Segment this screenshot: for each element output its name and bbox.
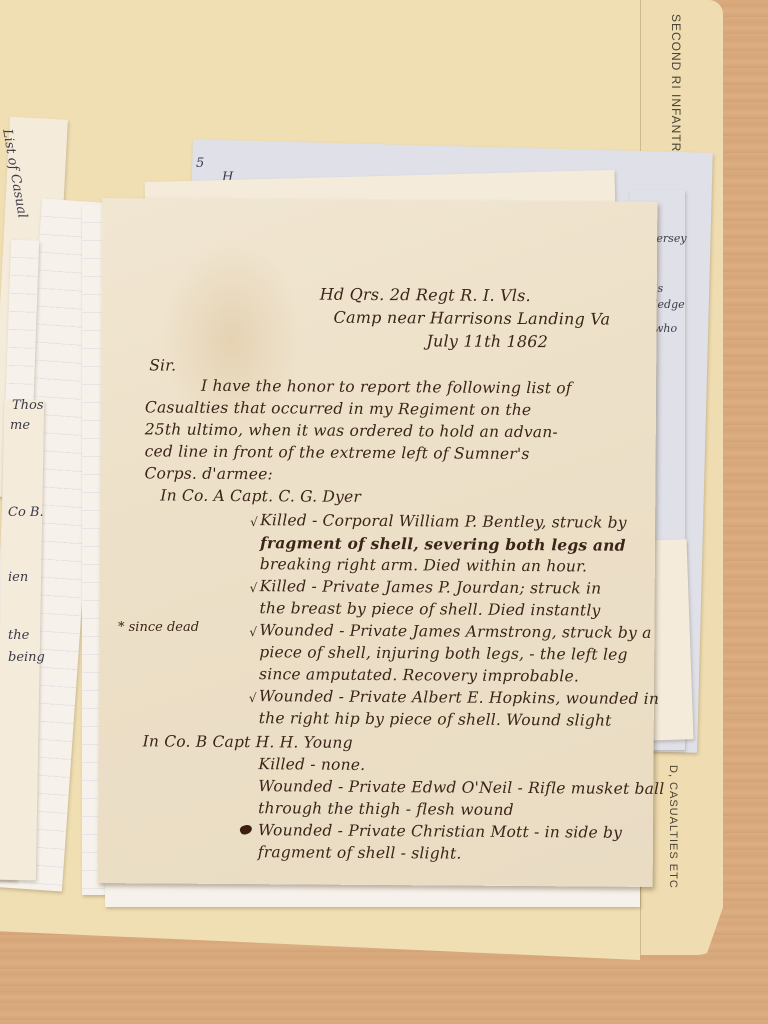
check-mark-icon: √ <box>250 581 258 595</box>
letter-heading-location: Camp near Harrisons Landing Va <box>334 308 611 329</box>
casualty-entry-line: since amputated. Recovery improbable. <box>259 665 579 685</box>
casualty-entry-line: Killed - Corporal William P. Bentley, st… <box>260 511 627 532</box>
check-mark-icon: √ <box>250 515 258 529</box>
casualty-entry-line: the right hip by piece of shell. Wound s… <box>259 709 612 729</box>
left-sheet-text: Thos <box>12 398 44 413</box>
blue-sheet-text: who <box>654 322 677 335</box>
blue-sheet-text: 5 <box>196 156 204 171</box>
letter-heading-date: July 11th 1862 <box>426 331 548 351</box>
letter-body-line: Casualties that occurred in my Regiment … <box>145 398 532 419</box>
casualty-entry-line: Wounded - Private Christian Mott - in si… <box>258 821 622 842</box>
blue-sheet-text: ledge <box>654 298 685 311</box>
casualty-entry-line: Killed - none. <box>258 755 365 774</box>
left-sheet-text: the <box>8 628 29 643</box>
ink-blot <box>239 823 254 836</box>
letter-heading-headquarters: Hd Qrs. 2d Regt R. I. Vls. <box>320 285 531 305</box>
casualty-entry-line: fragment of shell, severing both legs an… <box>260 533 626 555</box>
blue-sheet-text: Jersey <box>652 232 687 245</box>
casualty-entry-line: Wounded - Private James Armstrong, struc… <box>259 621 651 642</box>
casualty-entry-line: Wounded - Private Albert E. Hopkins, wou… <box>259 687 659 708</box>
casualty-entry-line: Killed - Private James P. Jourdan; struc… <box>260 577 602 597</box>
letter-body-line: Corps. d'armee: <box>144 464 273 483</box>
casualty-report-letter: Hd Qrs. 2d Regt R. I. Vls. Camp near Har… <box>98 198 658 887</box>
company-a-header: In Co. A Capt. C. G. Dyer <box>160 486 361 505</box>
check-mark-icon: √ <box>249 691 257 705</box>
folder-label-casualties: D, CASUALTIES etc <box>667 765 679 889</box>
casualty-entry-line: fragment of shell - slight. <box>258 843 462 862</box>
letter-body-line: I have the honor to report the following… <box>201 377 572 398</box>
left-sheet-text: Co B. <box>8 505 44 520</box>
casualty-entry-line: breaking right arm. Died within an hour. <box>260 555 587 575</box>
check-mark-icon: √ <box>249 625 257 639</box>
left-sheet-text: me <box>10 418 30 433</box>
casualty-entry-line: the breast by piece of shell. Died insta… <box>259 599 600 619</box>
letter-body-line: 25th ultimo, when it was ordered to hold… <box>145 420 558 441</box>
company-b-header: In Co. B Capt H. H. Young <box>143 732 353 751</box>
casualty-entry-line: Wounded - Private Edwd O'Neil - Rifle mu… <box>258 777 664 798</box>
folder-label-regiment: SECOND RI INFANTRY <box>669 14 683 161</box>
letter-body-line: ced line in front of the extreme left of… <box>145 442 530 463</box>
left-sheet-text: ien <box>8 570 28 585</box>
casualty-entry-line: piece of shell, injuring both legs, - th… <box>259 643 628 664</box>
letter-salutation: Sir. <box>149 356 176 374</box>
left-sheet-text: being <box>8 650 45 665</box>
casualty-entry-line: through the thigh - flesh wound <box>258 799 514 819</box>
margin-note-since-dead: * since dead <box>118 620 199 635</box>
